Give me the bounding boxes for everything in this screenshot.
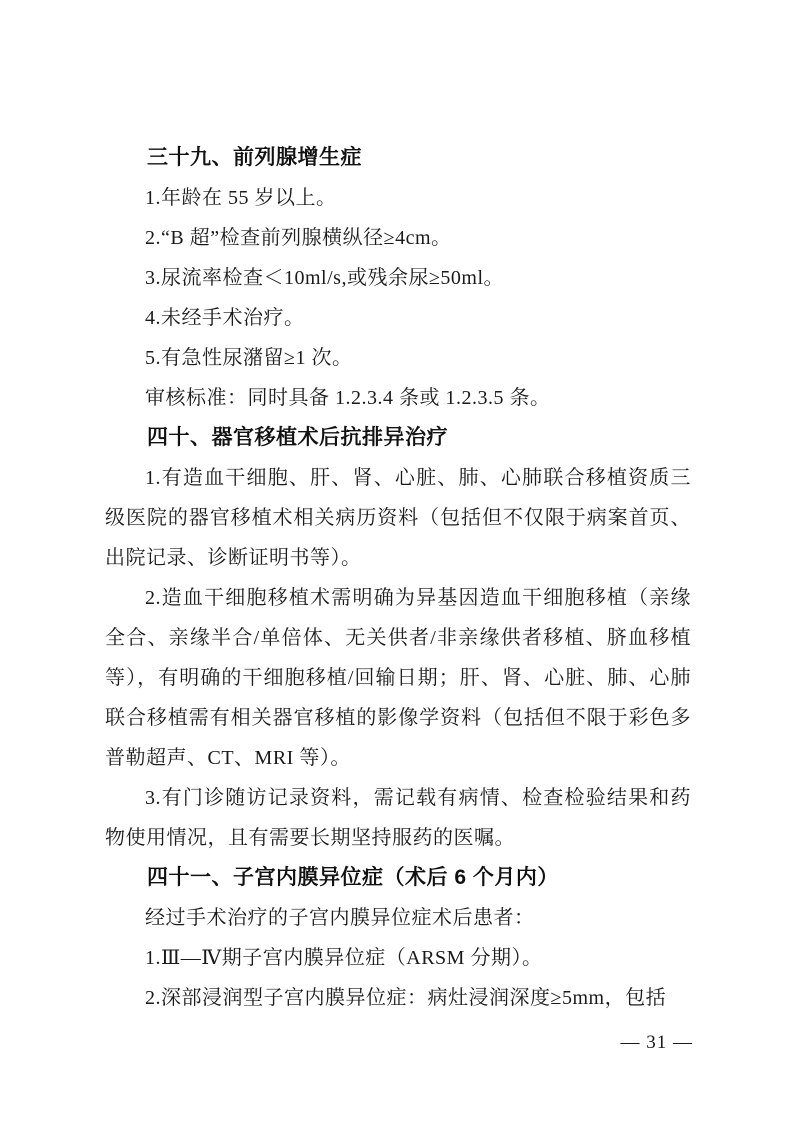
- document-body: 三十九、前列腺增生症 1.年龄在 55 岁以上。 2.“B 超”检查前列腺横纵径…: [105, 138, 691, 1018]
- document-page: 三十九、前列腺增生症 1.年龄在 55 岁以上。 2.“B 超”检查前列腺横纵径…: [0, 0, 793, 1122]
- section-intro-line: 经过手术治疗的子宫内膜异位症术后患者：: [105, 898, 691, 938]
- criterion-item: 1.Ⅲ—Ⅳ期子宫内膜异位症（ARSM 分期）。: [105, 938, 691, 978]
- criterion-paragraph: 1.有造血干细胞、肝、肾、心脏、肺、心肺联合移植资质三级医院的器官移植术相关病历…: [105, 458, 691, 578]
- audit-standard-line: 审核标准：同时具备 1.2.3.4 条或 1.2.3.5 条。: [105, 378, 691, 418]
- page-number: — 31 —: [621, 1031, 694, 1055]
- section-heading-39: 三十九、前列腺增生症: [105, 138, 691, 178]
- section-heading-41: 四十一、子宫内膜异位症（术后 6 个月内）: [105, 858, 691, 898]
- section-heading-40: 四十、器官移植术后抗排异治疗: [105, 418, 691, 458]
- criterion-paragraph: 3.有门诊随访记录资料，需记载有病情、检查检验结果和药物使用情况，且有需要长期坚…: [105, 778, 691, 858]
- criterion-item: 2.“B 超”检查前列腺横纵径≥4cm。: [105, 218, 691, 258]
- criterion-item: 3.尿流率检查＜10ml/s,或残余尿≥50ml。: [105, 258, 691, 298]
- criterion-item: 5.有急性尿潴留≥1 次。: [105, 338, 691, 378]
- criterion-item: 2.深部浸润型子宫内膜异位症：病灶浸润深度≥5mm，包括: [105, 978, 691, 1018]
- criterion-item: 1.年龄在 55 岁以上。: [105, 178, 691, 218]
- criterion-paragraph: 2.造血干细胞移植术需明确为异基因造血干细胞移植（亲缘全合、亲缘半合/单倍体、无…: [105, 578, 691, 778]
- criterion-item: 4.未经手术治疗。: [105, 298, 691, 338]
